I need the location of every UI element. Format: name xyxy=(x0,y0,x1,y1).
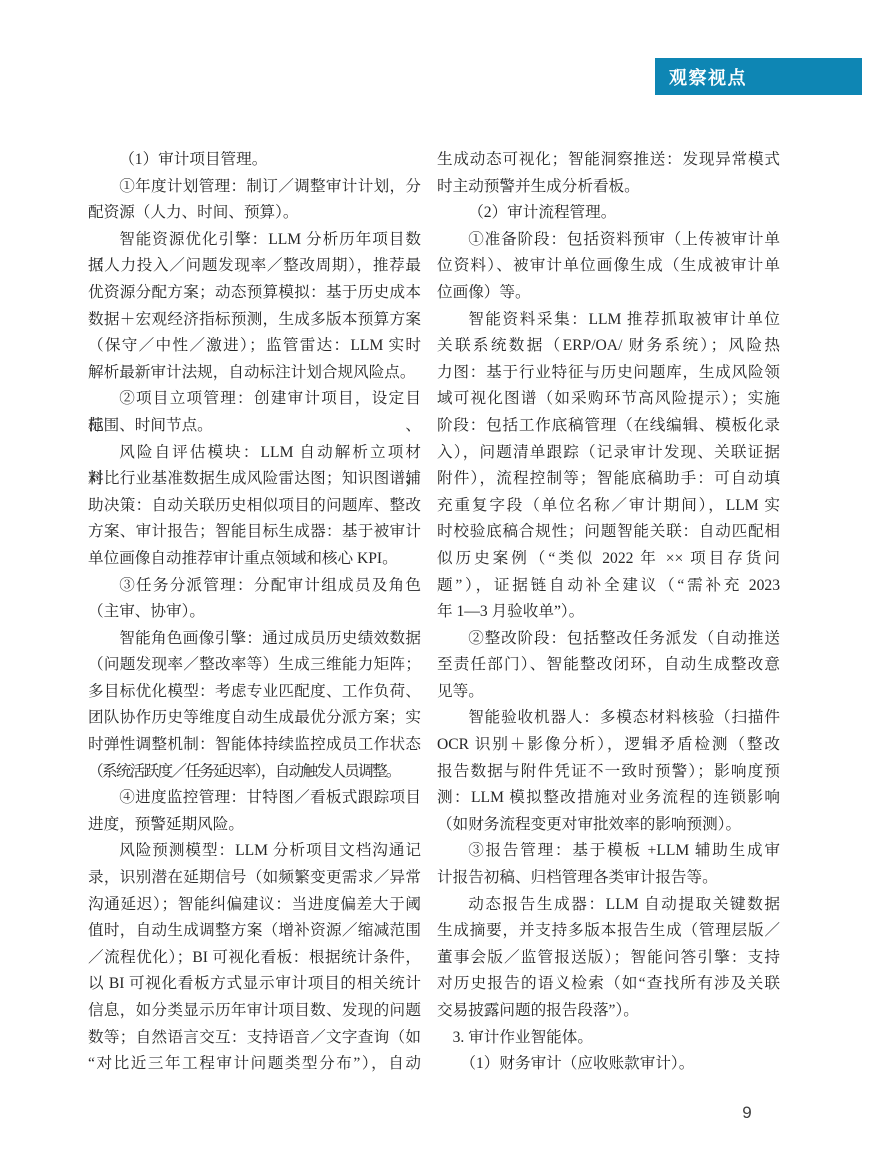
text-line: （保守／中性／激进）；监管雷达：LLM 实时 xyxy=(88,333,421,360)
text-line: 阶段：包括工作底稿管理（在线编辑、模板化录 xyxy=(437,413,780,440)
text-line: 沟通延迟）；智能纠偏建议：当进度偏差大于阈 xyxy=(88,892,421,919)
right-text-column: 生成动态可视化；智能洞察推送：发现异常模式时主动预警并生成分析看板。（2）审计流… xyxy=(437,147,780,1078)
text-line: 信息，如分类显示历年审计项目数、发现的问题 xyxy=(88,998,421,1025)
text-line: 充重复字段（单位名称／审计期间），LLM 实 xyxy=(437,493,780,520)
text-line: ④进度监控管理：甘特图／看板式跟踪项目 xyxy=(88,785,421,812)
text-line: 计报告初稿、归档管理各类审计报告等。 xyxy=(437,865,780,892)
text-line: 风险预测模型：LLM 分析项目文档沟通记 xyxy=(88,838,421,865)
text-line: ③报告管理：基于模板 +LLM 辅助生成审 xyxy=(437,838,780,865)
text-line: 生成摘要，并支持多版本报告生成（管理层版／ xyxy=(437,918,780,945)
text-line: 智能资料采集：LLM 推荐抓取被审计单位 xyxy=(437,307,780,334)
text-line: （问题发现率／整改率等）生成三维能力矩阵； xyxy=(88,652,421,679)
text-line: （1）财务审计（应收账款审计）。 xyxy=(437,1051,780,1078)
section-badge: 观察视点 xyxy=(655,58,862,95)
text-line: 时校验底稿合规性；问题智能关联：自动匹配相 xyxy=(437,519,780,546)
text-line: 以 BI 可视化看板方式显示审计项目的相关统计 xyxy=(88,971,421,998)
text-line: 交易披露问题的报告段落”）。 xyxy=(437,998,780,1025)
text-line: （主审、协审）。 xyxy=(88,599,421,626)
text-line: 见等。 xyxy=(437,679,780,706)
text-line: 域可视化图谱（如采购环节高风险提示）；实施 xyxy=(437,386,780,413)
text-line: “对比近三年工程审计问题类型分布”），自动 xyxy=(88,1051,421,1078)
text-line: 对比行业基准数据生成风险雷达图；知识图谱辅 xyxy=(88,466,421,493)
text-line: 位资料）、被审计单位画像生成（生成被审计单 xyxy=(437,253,780,280)
text-line: 智能资源优化引擎：LLM 分析历年项目数据 xyxy=(88,227,421,254)
left-text-column: （1）审计项目管理。①年度计划管理：制订／调整审计计划，分配资源（人力、时间、预… xyxy=(88,147,421,1078)
text-line: 生成动态可视化；智能洞察推送：发现异常模式 xyxy=(437,147,780,174)
text-line: 风险自评估模块：LLM 自动解析立项材料， xyxy=(88,440,421,467)
text-line: ／流程优化）；BI 可视化看板：根据统计条件， xyxy=(88,945,421,972)
text-line: ②项目立项管理：创建审计项目，设定目标、 xyxy=(88,386,421,413)
text-line: 多目标优化模型：考虑专业匹配度、工作负荷、 xyxy=(88,679,421,706)
text-line: 测：LLM 模拟整改措施对业务流程的连锁影响 xyxy=(437,785,780,812)
text-line: 时主动预警并生成分析看板。 xyxy=(437,174,780,201)
document-page: 观察视点 （1）审计项目管理。①年度计划管理：制订／调整审计计划，分配资源（人力… xyxy=(0,0,870,1170)
text-line: 智能角色画像引擎：通过成员历史绩效数据 xyxy=(88,626,421,653)
text-line: 团队协作历史等维度自动生成最优分派方案；实 xyxy=(88,705,421,732)
section-badge-label: 观察视点 xyxy=(669,64,747,90)
text-line: 配资源（人力、时间、预算）。 xyxy=(88,200,421,227)
text-line: 董事会版／监管报送版）；智能问答引擎：支持 xyxy=(437,945,780,972)
text-line: 位画像）等。 xyxy=(437,280,780,307)
page-number: 9 xyxy=(736,1103,758,1123)
text-line: 似历史案例（“类似 2022 年 ×× 项目存货问 xyxy=(437,546,780,573)
text-line: 录，识别潜在延期信号（如频繁变更需求／异常 xyxy=(88,865,421,892)
text-line: 3. 审计作业智能体。 xyxy=(437,1025,780,1052)
text-line: 智能验收机器人：多模态材料核验（扫描件 xyxy=(437,705,780,732)
text-line: 题”），证据链自动补全建议（“需补充 2023 xyxy=(437,573,780,600)
text-line: 至责任部门）、智能整改闭环，自动生成整改意 xyxy=(437,652,780,679)
text-line: （1）审计项目管理。 xyxy=(88,147,421,174)
text-line: 附件），流程控制等；智能底稿助手：可自动填 xyxy=(437,466,780,493)
text-line: ①年度计划管理：制订／调整审计计划，分 xyxy=(88,174,421,201)
text-line: ①准备阶段：包括资料预审（上传被审计单 xyxy=(437,227,780,254)
text-line: 年 1—3 月验收单”）。 xyxy=(437,599,780,626)
text-line: 助决策：自动关联历史相似项目的问题库、整改 xyxy=(88,493,421,520)
text-line: 关联系统数据（ERP/OA/ 财务系统）；风险热 xyxy=(437,333,780,360)
text-line: 对历史报告的语义检索（如“查找所有涉及关联 xyxy=(437,971,780,998)
text-line: ②整改阶段：包括整改任务派发（自动推送 xyxy=(437,626,780,653)
text-line: 动态报告生成器：LLM 自动提取关键数据 xyxy=(437,892,780,919)
text-line: 解析最新审计法规，自动标注计划合规风险点。 xyxy=(88,360,421,387)
text-line: 进度，预警延期风险。 xyxy=(88,812,421,839)
text-line: 单位画像自动推荐审计重点领域和核心 KPI。 xyxy=(88,546,421,573)
text-line: （系统活跃度／任务延迟率），自动触发人员调整。 xyxy=(88,759,421,786)
text-line: 时弹性调整机制：智能体持续监控成员工作状态 xyxy=(88,732,421,759)
text-line: ③任务分派管理：分配审计组成员及角色 xyxy=(88,573,421,600)
text-line: 数据＋宏观经济指标预测，生成多版本预算方案 xyxy=(88,307,421,334)
text-line: 力图：基于行业特征与历史问题库，生成风险领 xyxy=(437,360,780,387)
text-line: 数等；自然语言交互：支持语音／文字查询（如 xyxy=(88,1025,421,1052)
text-line: （如财务流程变更对审批效率的影响预测）。 xyxy=(437,812,780,839)
text-line: （人力投入／问题发现率／整改周期），推荐最 xyxy=(88,253,421,280)
text-line: 方案、审计报告；智能目标生成器：基于被审计 xyxy=(88,519,421,546)
text-line: OCR 识别＋影像分析），逻辑矛盾检测（整改 xyxy=(437,732,780,759)
text-line: 值时，自动生成调整方案（增补资源／缩减范围 xyxy=(88,918,421,945)
text-line: 报告数据与附件凭证不一致时预警）；影响度预 xyxy=(437,759,780,786)
text-line: 优资源分配方案；动态预算模拟：基于历史成本 xyxy=(88,280,421,307)
text-line: 入），问题清单跟踪（记录审计发现、关联证据 xyxy=(437,440,780,467)
text-line: （2）审计流程管理。 xyxy=(437,200,780,227)
